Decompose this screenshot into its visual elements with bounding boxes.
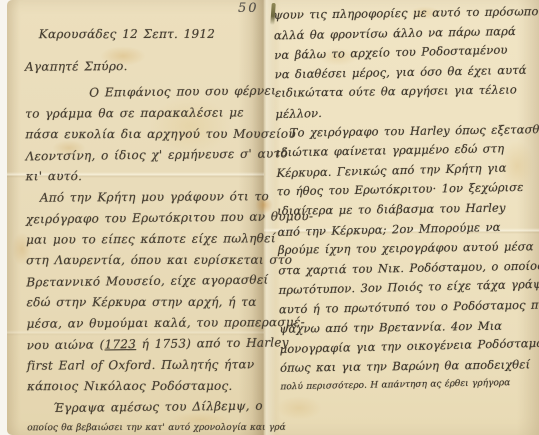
handwritten-line: Καρουσάδες 12 Σεπτ. 1912 — [25, 24, 259, 45]
handwritten-line: Το χειρόγραφο του Harley όπως εξετασθεί — [276, 120, 534, 143]
handwritten-line: το γράμμα θα σε παρακαλέσει με — [25, 102, 259, 124]
handwritten-line: Ο Επιφάνιος που σου φέρνει — [25, 81, 259, 105]
handwritten-line: μέσα, αν θυμούμαι καλά, του προπερασμέ- — [27, 312, 261, 334]
handwritten-line: Αγαπητέ Σπύρο. — [25, 55, 259, 77]
handwriting-left-page: Καρουσάδες 12 Σεπτ. 1912Αγαπητέ Σπύρο.Ο … — [25, 23, 262, 435]
handwritten-line: κάποιος Νικόλαος Ροδόσταμος. — [27, 376, 261, 397]
handwriting-right-page: ψουν τις πληροφορίες με αυτό το πρόσωποα… — [273, 2, 538, 399]
handwritten-line: Βρεταννικό Μουσείο, είχε αγορασθεί — [26, 270, 260, 294]
handwritten-line: Από την Κρήτη μου γράφουν ότι το — [26, 186, 260, 208]
handwritten-line: ψουν τις πληροφορίες με αυτό το πρόσωπο — [273, 2, 531, 25]
handwritten-line: στη Λαυρεντία, όπου και ευρίσκεται στο — [26, 250, 260, 271]
handwritten-line: first Earl of Oxford. Πωλητής ήταν — [27, 354, 261, 376]
handwritten-line: Έγραψα αμέσως του Δίλβεμψ, ο — [27, 396, 261, 420]
handwritten-line: μαι μου το είπες κάποτε είχε πωληθεί — [26, 228, 260, 250]
handwritten-line: νου αιώνα (1723 ή 1753) από το Harley — [27, 333, 261, 357]
handwritten-line: κι' αυτό. — [26, 166, 260, 187]
folio-number: 50 — [238, 1, 259, 16]
letter-photograph: 50 Καρουσάδες 12 Σεπτ. 1912Αγαπητέ Σπύρο… — [0, 0, 539, 435]
handwritten-line: εδώ στην Κέρκυρα στην αρχή, ή τα — [26, 292, 260, 313]
handwritten-line: όπως και για την Βαρώνη θα αποδειχθεί — [280, 355, 538, 378]
handwritten-line: βρούμε ίχνη του χειρογράφου αυτού μέσα — [278, 237, 536, 260]
handwritten-line: Λεοντσίνη, ο ίδιος χ' ερμήνευσε σ' αυτό — [25, 144, 259, 168]
handwritten-line: οποίος θα βεβαιώσει την κατ' αυτό χρονολ… — [27, 418, 261, 435]
handwritten-line: πάσα ευκολία δια αρχηγού του Μουσείου — [25, 124, 259, 145]
handwritten-line: χειρόγραφο του Ερωτόκριτου που αν θυμού- — [26, 207, 260, 231]
